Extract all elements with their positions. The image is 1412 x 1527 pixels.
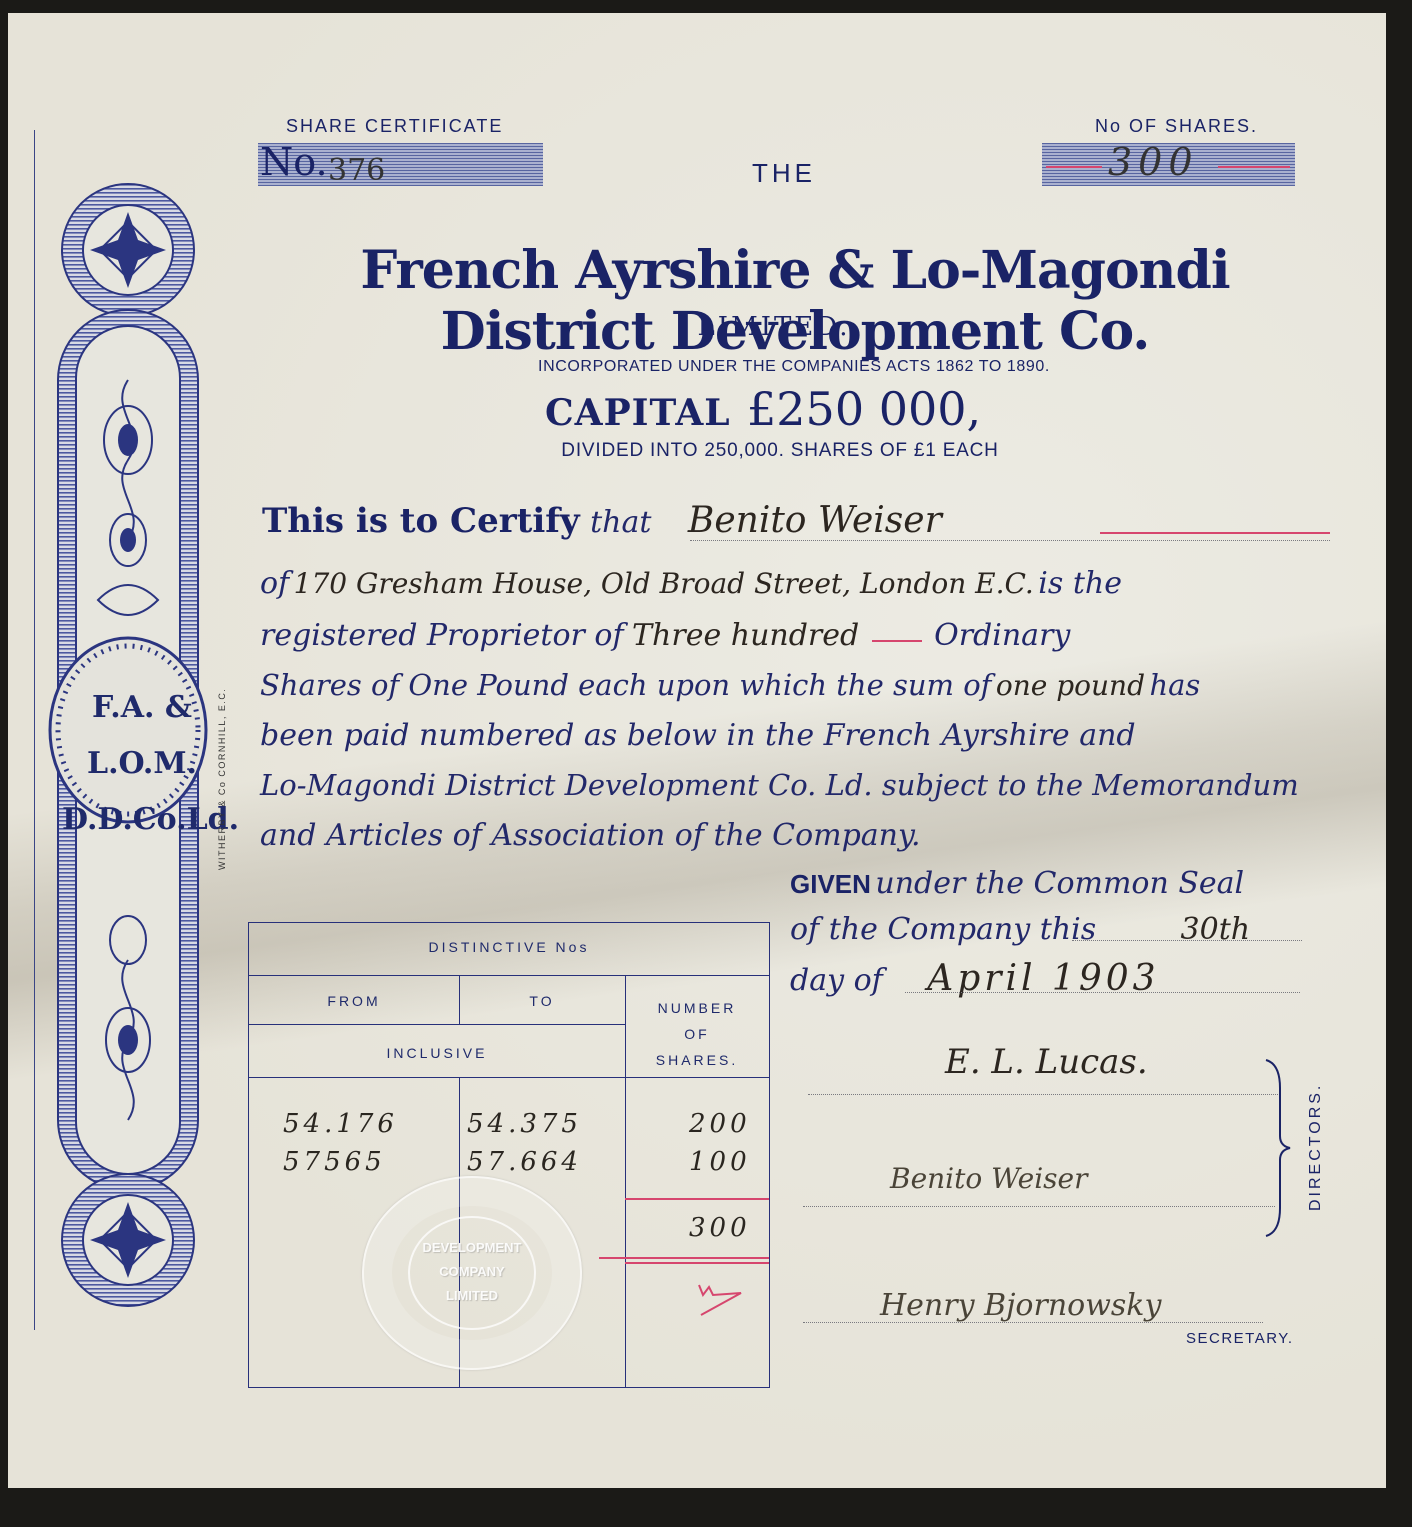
- registered-proprietor-text: registered Proprietor of: [260, 618, 624, 653]
- col-header-inclusive: INCLUSIVE: [249, 1045, 625, 1061]
- share-certificate-label: SHARE CERTIFICATE: [286, 116, 503, 137]
- body-line-7: and Articles of Association of the Compa…: [260, 818, 921, 853]
- director-1-rule: [808, 1094, 1278, 1095]
- body-line-5: been paid numbered as below in the Frenc…: [260, 718, 1136, 753]
- seal-line-3: LIMITED: [410, 1284, 534, 1308]
- holder-rule: [690, 540, 1330, 541]
- row-2-count: 100: [689, 1147, 751, 1177]
- under-seal-text: under the Common Seal: [875, 866, 1244, 901]
- words-red-rule: [872, 640, 922, 642]
- the-heading: THE: [752, 158, 816, 189]
- holder-name: Benito Weiser: [688, 500, 942, 541]
- day-of-text: day of: [790, 963, 883, 998]
- limited-label: LIMITED.: [614, 312, 934, 342]
- proprietor-line: registered Proprietor of Three hundred O…: [260, 618, 1330, 653]
- row-1-from: 54.176: [283, 1109, 398, 1139]
- capital-amount: £250 000,: [747, 382, 981, 436]
- secretary-label: SECRETARY.: [1186, 1330, 1294, 1347]
- monogram: F.A. & L.O.M. D.D.Co.Ld.: [62, 680, 222, 800]
- printer-imprint: WITHERBY & Co CORNHILL, E.C.: [217, 650, 227, 870]
- certify-line: This is to Certify that Benito Weiser: [262, 500, 1330, 544]
- directors-brace-icon: [1262, 1058, 1292, 1238]
- holder-address: 170 Gresham House, Old Broad Street, Lon…: [294, 567, 1034, 600]
- initials-mark-icon: [689, 1275, 749, 1325]
- one-pound-line: Shares of One Pound each upon which the …: [260, 668, 1330, 702]
- total-red-rule-2: [625, 1262, 769, 1264]
- is-the-word: is the: [1038, 566, 1122, 601]
- has-word: has: [1149, 668, 1200, 702]
- certificate-number: 376: [328, 153, 385, 188]
- certify-prefix: This is to Certify: [262, 501, 580, 541]
- ordinary-word: Ordinary: [934, 618, 1070, 653]
- col-header-from: FROM: [249, 993, 459, 1009]
- col-header-to: TO: [459, 993, 625, 1009]
- capital-line: CAPITAL £250 000,: [545, 382, 1105, 436]
- of-word: of: [260, 566, 289, 601]
- row-1-to: 54.375: [467, 1109, 582, 1139]
- col-header-number-line1: NUMBER: [625, 995, 769, 1021]
- secretary-signature: Henry Bjornowsky: [880, 1288, 1161, 1323]
- day-rule: [1072, 940, 1302, 941]
- day-value: 30th: [1181, 912, 1251, 947]
- body-line-6: Lo-Magondi District Development Co. Ld. …: [260, 768, 1299, 802]
- subtotal-red-rule: [625, 1198, 769, 1200]
- month-rule: [905, 992, 1300, 993]
- given-label: GIVEN: [790, 869, 871, 899]
- embossed-seal: DEVELOPMENT COMPANY LIMITED: [362, 1176, 582, 1370]
- that-word: that: [590, 505, 651, 540]
- shares-count-value: 300: [1108, 140, 1199, 184]
- company-name: French Ayrshire & Lo-Magondi District De…: [255, 240, 1335, 362]
- total-count: 300: [689, 1213, 751, 1243]
- director-2-rule: [803, 1206, 1275, 1207]
- shares-red-rule-left: [1046, 166, 1102, 168]
- capital-label: CAPITAL: [545, 392, 731, 434]
- incorporated-line: INCORPORATED UNDER THE COMPANIES ACTS 18…: [484, 358, 1104, 376]
- shares-of-one-pound-text: Shares of One Pound each upon which the …: [260, 668, 991, 702]
- seal-line-2: COMPANY: [410, 1260, 534, 1284]
- row-2-from: 57565: [283, 1147, 386, 1177]
- divided-line: DIVIDED INTO 250,000. SHARES OF £1 EACH: [520, 440, 1040, 462]
- of-company-this-text: of the Company this: [790, 912, 1096, 947]
- col-header-number-line2: OF: [625, 1021, 769, 1047]
- directors-label: DIRECTORS.: [1307, 1091, 1325, 1211]
- seal-inner: DEVELOPMENT COMPANY LIMITED: [408, 1216, 536, 1330]
- address-line: of 170 Gresham House, Old Broad Street, …: [260, 566, 1330, 601]
- holder-red-rule: [1100, 532, 1330, 534]
- seal-line-1: DEVELOPMENT: [410, 1236, 534, 1260]
- col-header-number-line3: SHARES.: [625, 1047, 769, 1073]
- date-day-line: of the Company this 30th: [790, 912, 1250, 947]
- no-of-shares-label: No OF SHARES.: [1095, 116, 1258, 137]
- row-2-to: 57.664: [467, 1147, 582, 1177]
- shares-in-words: Three hundred: [632, 618, 859, 653]
- director-2-signature: Benito Weiser: [890, 1162, 1088, 1195]
- col-header-number: NUMBER OF SHARES.: [625, 995, 769, 1073]
- secretary-rule: [803, 1322, 1263, 1323]
- director-1-signature: E. L. Lucas.: [945, 1042, 1148, 1082]
- shares-red-rule-right: [1218, 166, 1290, 168]
- sum-paid: one pound: [996, 669, 1145, 702]
- given-line: GIVEN under the Common Seal: [790, 866, 1244, 901]
- total-red-rule: [599, 1257, 769, 1259]
- number-prefix: No.: [260, 140, 328, 184]
- left-ornamental-border: [34, 130, 36, 1330]
- row-1-count: 200: [689, 1109, 751, 1139]
- table-title: DISTINCTIVE Nos: [249, 939, 769, 955]
